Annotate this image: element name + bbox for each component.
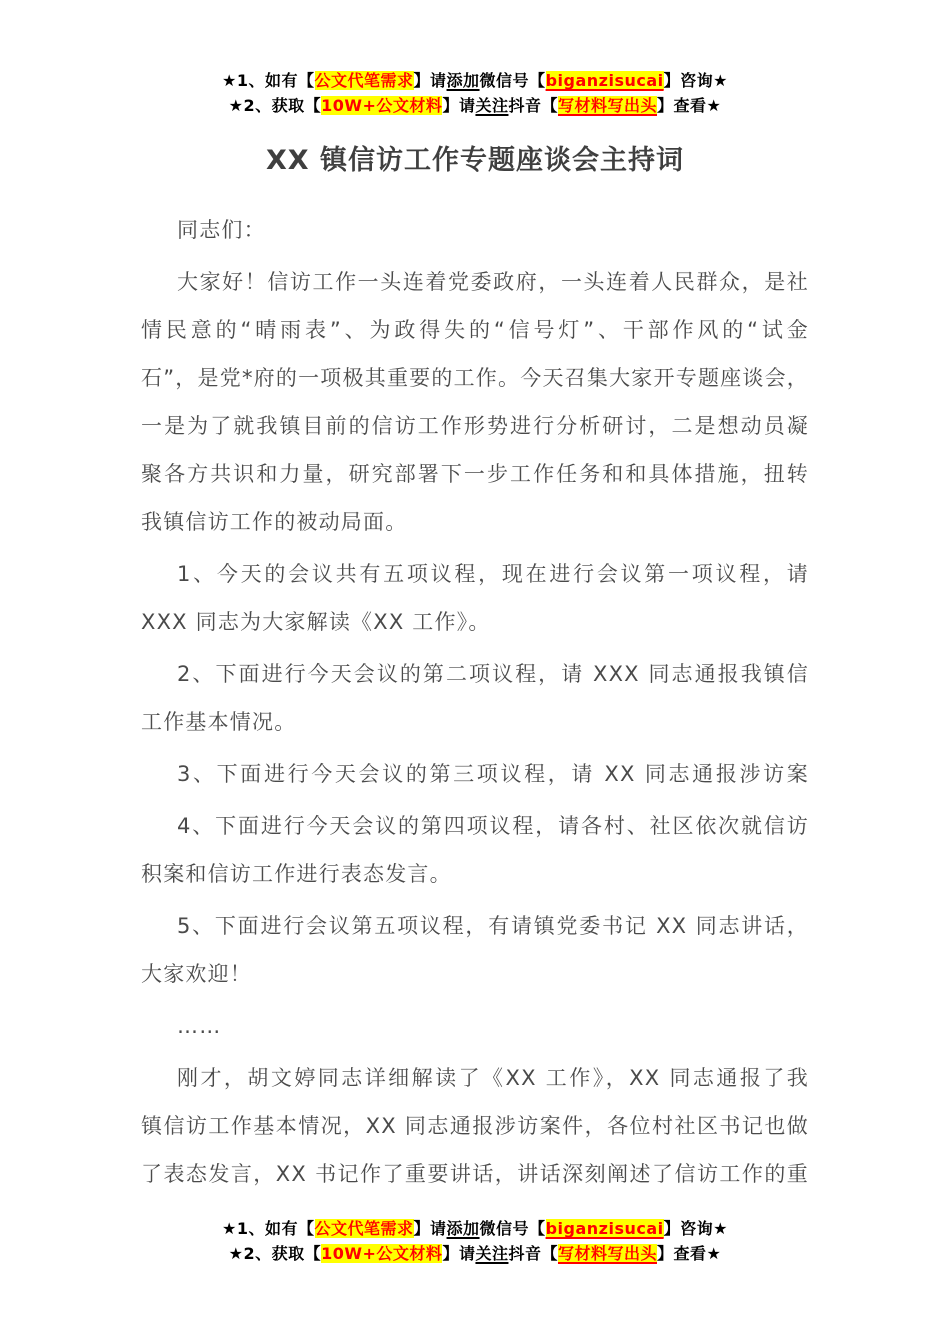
promo-prefix: ★1、如有【 <box>222 71 314 90</box>
promo-text: 微信号【 <box>480 71 546 90</box>
body-line: 2、下面进行今天会议的第二项议程，请 XXX 同志通报我镇信访 <box>141 650 809 698</box>
promo-suffix: 】咨询★ <box>664 71 728 90</box>
body-line: 同志们： <box>141 206 809 254</box>
promo-line: ★1、如有【公文代笔需求】请添加微信号【biganzisucai】咨询★ <box>0 1216 950 1241</box>
paragraph: 刚才，胡文婷同志详细解读了《XX 工作》，XX 同志通报了我镇信访工作基本情况，… <box>141 1054 809 1198</box>
promo-highlight-materials: 10W+公文材料 <box>321 96 442 115</box>
document-page: ★1、如有【公文代笔需求】请添加微信号【biganzisucai】咨询★★2、获… <box>0 0 950 1344</box>
paragraph: 4、下面进行今天会议的第四项议程，请各村、社区依次就信访积案和信访工作进行表态发… <box>141 802 809 898</box>
promo-suffix: 】咨询★ <box>664 1219 728 1238</box>
promo-prefix: ★2、获取【 <box>229 1244 321 1263</box>
promo-highlight-service: 公文代笔需求 <box>315 1219 414 1238</box>
paragraph: 5、下面进行会议第五项议程，有请镇党委书记 XX 同志讲话，大家欢迎！ <box>141 902 809 998</box>
paragraph: 同志们： <box>141 206 809 254</box>
paragraph: 2、下面进行今天会议的第二项议程，请 XXX 同志通报我镇信访工作基本情况。 <box>141 650 809 746</box>
promo-underline-add: 添加 <box>447 71 480 90</box>
body-line: 一是为了就我镇目前的信访工作形势进行分析研讨，二是想动员凝 <box>141 402 809 450</box>
document-body: 同志们：大家好！信访工作一头连着党委政府，一头连着人民群众，是社情民意的“晴雨表… <box>141 206 809 1198</box>
promo-underline-follow: 关注 <box>475 96 508 115</box>
promo-line: ★2、获取【10W+公文材料】请关注抖音【写材料写出头】查看★ <box>0 1241 950 1266</box>
body-line: XXX 同志为大家解读《XX 工作》。 <box>141 598 809 646</box>
promo-text: 抖音【 <box>508 1244 558 1263</box>
body-line: 3、下面进行今天会议的第三项议程，请 XX 同志通报涉访案件。 <box>141 750 809 798</box>
promo-line: ★2、获取【10W+公文材料】请关注抖音【写材料写出头】查看★ <box>0 93 950 118</box>
paragraph: 大家好！信访工作一头连着党委政府，一头连着人民群众，是社情民意的“晴雨表”、为政… <box>141 258 809 546</box>
promo-line: ★1、如有【公文代笔需求】请添加微信号【biganzisucai】咨询★ <box>0 68 950 93</box>
body-line: 刚才，胡文婷同志详细解读了《XX 工作》，XX 同志通报了我 <box>141 1054 809 1102</box>
body-line: 大家欢迎！ <box>141 950 809 998</box>
promo-highlight-materials: 10W+公文材料 <box>321 1244 442 1263</box>
body-line: 5、下面进行会议第五项议程，有请镇党委书记 XX 同志讲话， <box>141 902 809 950</box>
promo-suffix: 】查看★ <box>657 1244 721 1263</box>
header-promo: ★1、如有【公文代笔需求】请添加微信号【biganzisucai】咨询★★2、获… <box>0 0 950 118</box>
paragraph: 3、下面进行今天会议的第三项议程，请 XX 同志通报涉访案件。 <box>141 750 809 798</box>
body-line: 镇信访工作基本情况，XX 同志通报涉访案件，各位村社区书记也做 <box>141 1102 809 1150</box>
promo-text: 抖音【 <box>508 96 558 115</box>
promo-prefix: ★2、获取【 <box>229 96 321 115</box>
paragraph: …… <box>141 1002 809 1050</box>
promo-suffix: 】查看★ <box>657 96 721 115</box>
promo-underline-add: 添加 <box>447 1219 480 1238</box>
footer-promo: ★1、如有【公文代笔需求】请添加微信号【biganzisucai】咨询★★2、获… <box>0 1216 950 1266</box>
promo-text: 】请 <box>414 1219 447 1238</box>
body-line: …… <box>141 1002 809 1050</box>
promo-text: 微信号【 <box>480 1219 546 1238</box>
body-line: 1、今天的会议共有五项议程，现在进行会议第一项议程，请 <box>141 550 809 598</box>
body-line: 了表态发言，XX 书记作了重要讲话，讲话深刻阐述了信访工作的重 <box>141 1150 809 1198</box>
promo-text: 】请 <box>442 96 475 115</box>
body-line: 大家好！信访工作一头连着党委政府，一头连着人民群众，是社 <box>141 258 809 306</box>
promo-highlight-service: 公文代笔需求 <box>315 71 414 90</box>
paragraph: 1、今天的会议共有五项议程，现在进行会议第一项议程，请XXX 同志为大家解读《X… <box>141 550 809 646</box>
body-line: 我镇信访工作的被动局面。 <box>141 498 809 546</box>
promo-prefix: ★1、如有【 <box>222 1219 314 1238</box>
body-line: 石”，是党*府的一项极其重要的工作。今天召集大家开专题座谈会， <box>141 354 809 402</box>
promo-douyin-id: 写材料写出头 <box>558 1244 657 1263</box>
promo-wechat-id: biganzisucai <box>546 71 664 90</box>
promo-douyin-id: 写材料写出头 <box>558 96 657 115</box>
document-title: XX 镇信访工作专题座谈会主持词 <box>0 144 950 178</box>
promo-wechat-id: biganzisucai <box>546 1219 664 1238</box>
promo-text: 】请 <box>442 1244 475 1263</box>
body-line: 积案和信访工作进行表态发言。 <box>141 850 809 898</box>
promo-text: 】请 <box>414 71 447 90</box>
body-line: 情民意的“晴雨表”、为政得失的“信号灯”、干部作风的“试金 <box>141 306 809 354</box>
body-line: 工作基本情况。 <box>141 698 809 746</box>
body-line: 聚各方共识和力量，研究部署下一步工作任务和和具体措施，扭转 <box>141 450 809 498</box>
promo-underline-follow: 关注 <box>475 1244 508 1263</box>
body-line: 4、下面进行今天会议的第四项议程，请各村、社区依次就信访 <box>141 802 809 850</box>
